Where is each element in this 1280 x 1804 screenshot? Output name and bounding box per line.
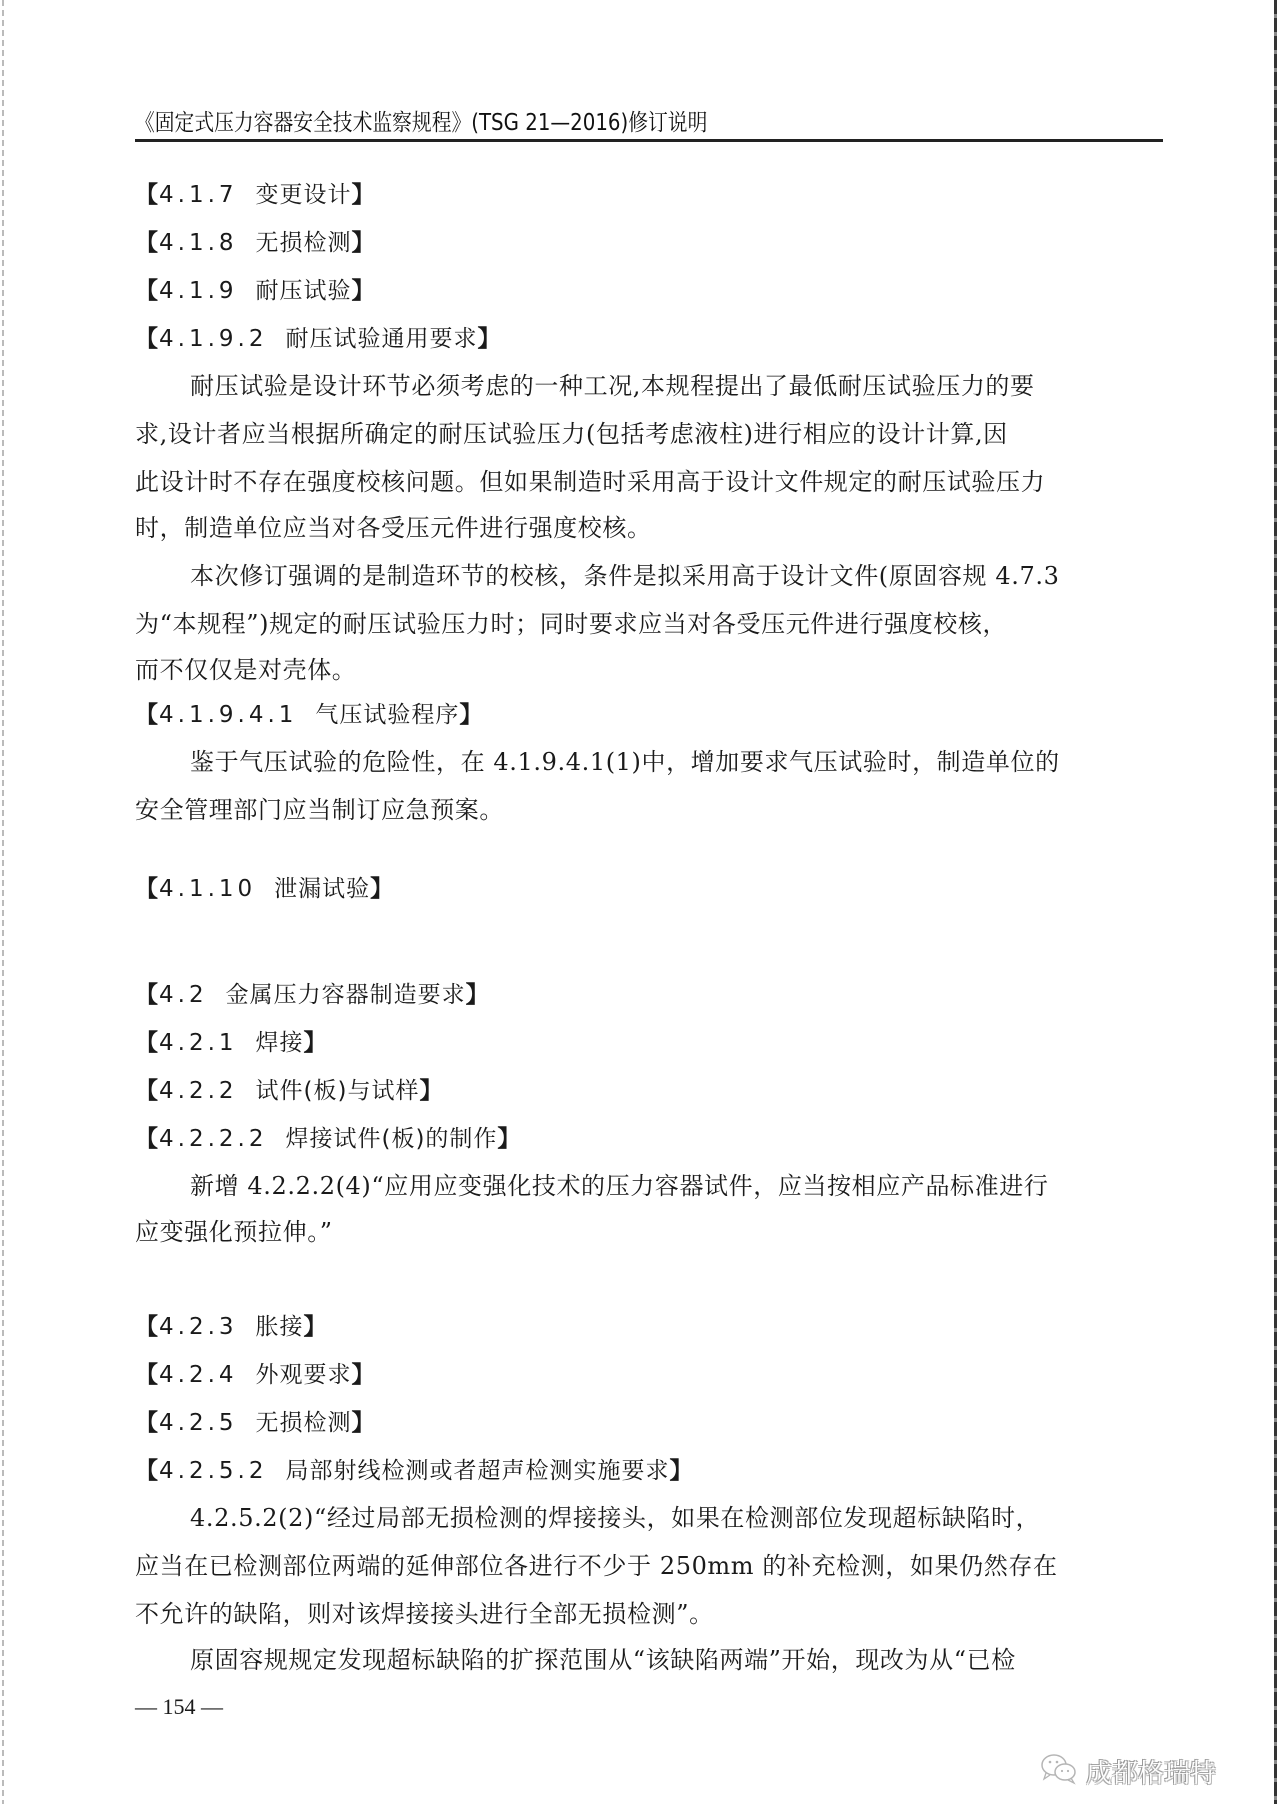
scan-edge-left (2, 0, 4, 1804)
section-heading: 【4.2金属压力容器制造要求】 (135, 976, 490, 1009)
paragraph-line: 而不仅仅是对壳体。 (135, 650, 356, 685)
paragraph-line: 时，制造单位应当对各受压元件进行强度校核。 (135, 508, 652, 543)
section-heading: 【4.2.5.2局部射线检测或者超声检测实施要求】 (135, 1452, 693, 1485)
running-header-title: 《固定式压力容器安全技术监察规程》(TSG 21—2016)修订说明 (135, 104, 707, 137)
paragraph-line: 应变强化预拉伸。” (135, 1212, 333, 1247)
scan-edge-right (1274, 0, 1277, 1804)
paragraph-line: 原固容规规定发现超标缺陷的扩探范围从“该缺陷两端”开始，现改为从“已检 (190, 1640, 1016, 1675)
section-heading: 【4.2.2.2焊接试件(板)的制作】 (135, 1120, 521, 1153)
paragraph-line: 鉴于气压试验的危险性，在 4.1.9.4.1(1)中，增加要求气压试验时，制造单… (190, 742, 1060, 777)
paragraph-line: 此设计时不存在强度校核问题。但如果制造时采用高于设计文件规定的耐压试验压力 (135, 462, 1045, 497)
header-rule (135, 139, 1163, 142)
paragraph-line: 耐压试验是设计环节必须考虑的一种工况,本规程提出了最低耐压试验压力的要 (190, 366, 1035, 401)
paragraph-line: 新增 4.2.2.2(4)“应用应变强化技术的压力容器试件，应当按相应产品标准进… (190, 1166, 1048, 1201)
section-heading: 【4.1.9.4.1气压试验程序】 (135, 696, 483, 729)
paragraph-line: 不允许的缺陷，则对该焊接接头进行全部无损检测”。 (135, 1594, 714, 1629)
page-number: — 154 — (135, 1694, 223, 1720)
section-heading: 【4.2.1焊接】 (135, 1024, 328, 1057)
paragraph-line: 4.2.5.2(2)“经过局部无损检测的焊接接头，如果在检测部位发现超标缺陷时， (190, 1498, 1040, 1533)
section-heading: 【4.1.9耐压试验】 (135, 272, 376, 305)
paragraph-line: 本次修订强调的是制造环节的校核，条件是拟采用高于设计文件(原固容规 4.7.3 (190, 556, 1059, 591)
section-heading: 【4.1.10泄漏试验】 (135, 870, 394, 903)
section-heading: 【4.2.4外观要求】 (135, 1356, 376, 1389)
section-heading: 【4.2.3胀接】 (135, 1308, 328, 1341)
paragraph-line: 为“本规程”)规定的耐压试验压力时；同时要求应当对各受压元件进行强度校核， (135, 604, 1007, 639)
paragraph-line: 安全管理部门应当制订应急预案。 (135, 790, 504, 825)
paragraph-line: 求,设计者应当根据所确定的耐压试验压力(包括考虑液柱)进行相应的设计计算,因 (135, 414, 1008, 449)
watermark-text: 成都格瑞特 (1086, 1753, 1216, 1790)
section-heading: 【4.1.9.2耐压试验通用要求】 (135, 320, 501, 353)
paragraph-line: 应当在已检测部位两端的延伸部位各进行不少于 250mm 的补充检测，如果仍然存在 (135, 1546, 1058, 1581)
wechat-icon (1040, 1752, 1080, 1790)
section-heading: 【4.2.2试件(板)与试样】 (135, 1072, 443, 1105)
section-heading: 【4.1.8无损检测】 (135, 224, 376, 257)
watermark: 成都格瑞特 (1040, 1752, 1216, 1790)
section-heading: 【4.1.7变更设计】 (135, 176, 376, 209)
section-heading: 【4.2.5无损检测】 (135, 1404, 376, 1437)
